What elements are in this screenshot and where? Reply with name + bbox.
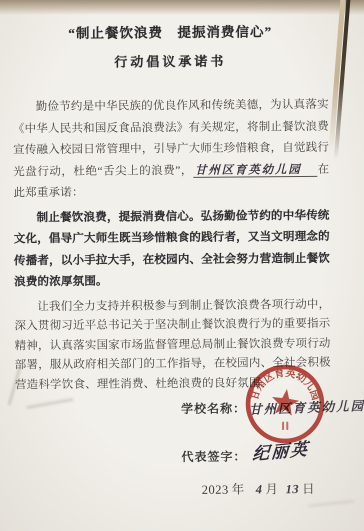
date-day-handwritten: 13	[285, 482, 299, 496]
document-title: “制止餐饮浪费 提振消费信心”	[12, 24, 328, 42]
date-year: 2023	[202, 483, 229, 497]
official-seal-stamp: 甘州区育英幼儿园	[243, 362, 327, 446]
date-line: 2023年4月13日	[202, 479, 315, 498]
stamp-star-icon	[270, 387, 301, 416]
handwritten-school-name-inline: 甘州区育英幼儿园	[193, 163, 318, 177]
stamp-serial-mark	[282, 422, 288, 430]
date-month-handwritten: 4	[256, 482, 263, 496]
document-subtitle: 行动倡议承诺书	[12, 53, 328, 71]
school-name-label: 学校名称：	[181, 402, 246, 417]
signature-label: 代表签字：	[181, 449, 246, 464]
paragraph-pledge-culture: 制止餐饮浪费，提振消费信心。弘扬勤俭节约的中华传统文化，倡导广大师生既当珍惜粮食…	[14, 205, 331, 293]
pledge-paper: “制止餐饮浪费 提振消费信心” 行动倡议承诺书 勤俭节约是中华民族的优良作风和传…	[0, 0, 364, 531]
date-day-unit: 日	[302, 482, 315, 496]
date-month-unit: 月	[265, 482, 278, 496]
document-photo: “制止餐饮浪费 提振消费信心” 行动倡议承诺书 勤俭节约是中华民族的优良作风和传…	[0, 0, 364, 531]
date-year-unit: 年	[232, 483, 245, 497]
paragraph-intro: 勤俭节约是中华民族的优良作风和传统美德，为认真落实《中华人民共和国反食品浪费法》…	[13, 95, 330, 205]
